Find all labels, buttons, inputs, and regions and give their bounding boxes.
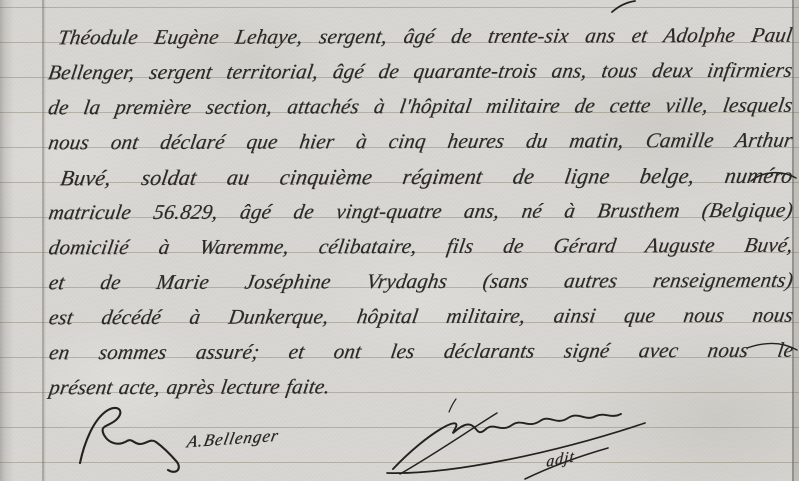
signature-adjudant-title: adjt — [546, 448, 576, 472]
manuscript-line-10: en sommes assuré; et ont les déclarants … — [47, 333, 796, 371]
manuscript-line-4: nous ont déclaré que hier à cinq heures … — [46, 123, 795, 161]
manuscript-line-9: est décédé à Dunkerque, hôpital militair… — [46, 298, 795, 336]
signature-declarant-lehaye — [80, 408, 179, 472]
manuscript-line-1: Théodule Eugène Lehaye, sergent, âgé de … — [45, 18, 794, 56]
signature-adjudant — [387, 399, 645, 479]
stray-pen-stroke — [612, 1, 635, 12]
manuscript-line-11: présent acte, après lecture faite. — [47, 368, 796, 406]
manuscript-text-block: Théodule Eugène Lehaye, sergent, âgé de … — [45, 18, 790, 406]
manuscript-line-6: matricule 56.829, âgé de vingt-quatre an… — [46, 193, 795, 231]
manuscript-line-3: de la première section, attachés à l'hôp… — [46, 88, 795, 126]
manuscript-line-2: Bellenger, sergent territorial, âgé de q… — [46, 53, 795, 91]
margin-rule — [42, 0, 44, 481]
page-right-edge — [794, 0, 799, 481]
signature-bellenger: A.Bellenger — [185, 426, 280, 453]
manuscript-line-8: et de Marie Joséphine Vrydaghs (sans aut… — [46, 263, 795, 301]
manuscript-line-7: domicilié à Waremme, célibataire, fils d… — [46, 228, 795, 266]
manuscript-line-5: Buvé, soldat au cinquième régiment de li… — [46, 158, 795, 196]
scanned-register-page: Théodule Eugène Lehaye, sergent, âgé de … — [0, 0, 799, 481]
page-left-edge — [0, 0, 14, 481]
